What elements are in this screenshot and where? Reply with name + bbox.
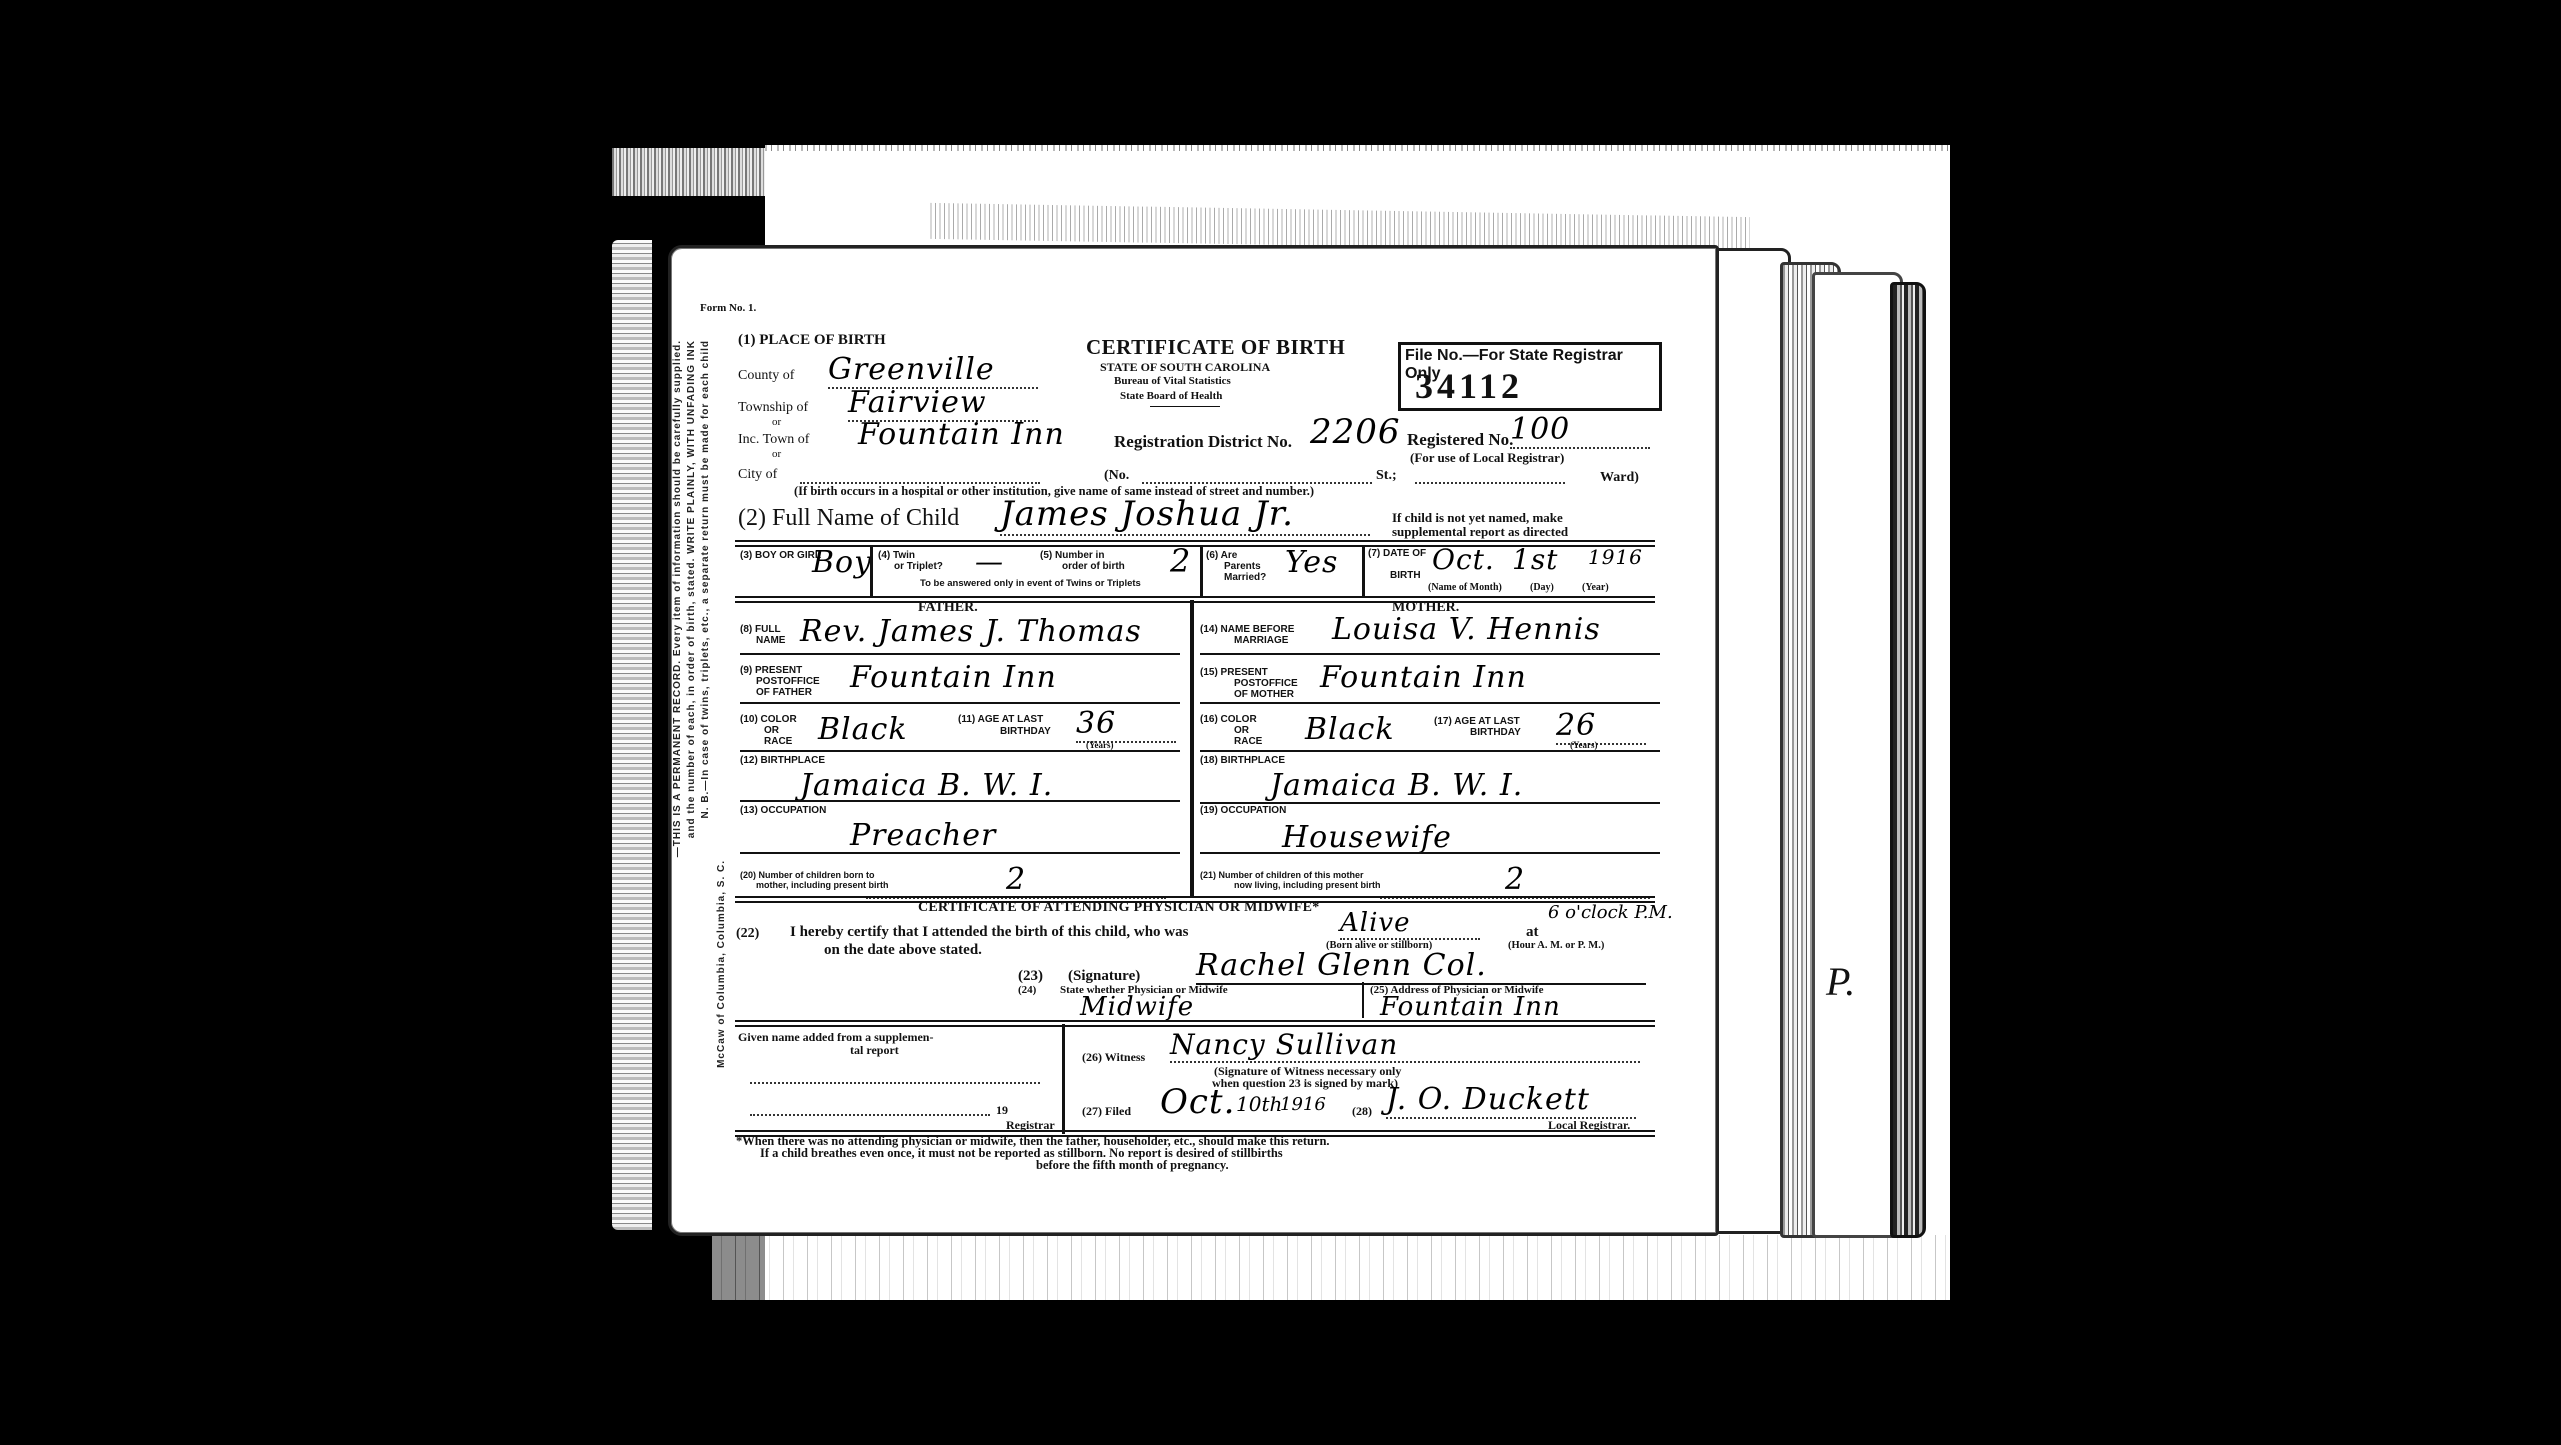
date-above-text: on the date above stated. (824, 942, 982, 959)
mother-name-label-2: MARRIAGE (1234, 635, 1288, 646)
county-value[interactable]: Greenville (828, 352, 1038, 389)
stacked-page-edge (1890, 282, 1926, 1238)
filed-label: (27) Filed (1082, 1104, 1131, 1119)
father-age-unit: (Years) (1086, 740, 1114, 750)
mother-color-label-3: RACE (1234, 736, 1262, 747)
field-line (1200, 802, 1660, 804)
cell-divider (1362, 545, 1365, 597)
certify-text: I hereby certify that I attended the bir… (790, 924, 1188, 941)
registered-no-note: (For use of Local Registrar) (1410, 450, 1564, 466)
field-line (740, 852, 1180, 854)
state-whether-value[interactable]: Midwife (1080, 992, 1194, 1022)
signature-item-no: (23) (1018, 968, 1043, 985)
field-line (1200, 750, 1660, 752)
scan-top-edge (765, 145, 1950, 151)
attending-heading: CERTIFICATE OF ATTENDING PHYSICIAN OR MI… (918, 900, 1320, 916)
father-name-label-2: NAME (756, 635, 785, 646)
state-name: STATE OF SOUTH CAROLINA (1100, 360, 1270, 375)
mother-occupation-label: (19) OCCUPATION (1200, 805, 1286, 816)
father-occupation-value[interactable]: Preacher (850, 818, 996, 853)
field-line (740, 653, 1180, 655)
twin-label-2: or Triplet? (894, 561, 943, 572)
father-age-label-1: (11) AGE AT LAST (958, 714, 1043, 725)
father-color-label-2: OR (764, 725, 779, 736)
father-name-value[interactable]: Rev. James J. Thomas (800, 614, 1142, 649)
mother-postoffice-label-2: POSTOFFICE (1234, 678, 1298, 689)
field-line (740, 702, 1180, 704)
file-number: 34112 (1415, 365, 1523, 407)
father-postoffice-label-3: OF FATHER (756, 687, 812, 698)
filed-month[interactable]: Oct. (1160, 1082, 1235, 1122)
margin-line: and the number of each, in order of birt… (686, 340, 697, 838)
witness-label: (26) Witness (1082, 1050, 1145, 1065)
mother-color-label-1: (16) COLOR (1200, 714, 1257, 725)
street-no-label: (No. (1104, 468, 1129, 484)
registered-no-value[interactable]: 100 (1510, 412, 1650, 449)
registration-district-value[interactable]: 2206 (1310, 412, 1401, 452)
witness-value[interactable]: Nancy Sullivan (1170, 1028, 1640, 1063)
street-label: St.; (1376, 468, 1397, 484)
dob-year-note: (Year) (1582, 582, 1609, 593)
witness-note-2: when question 23 is signed by mark) (1212, 1076, 1398, 1091)
supplemental-name-field[interactable] (750, 1078, 1040, 1084)
father-color-value[interactable]: Black (818, 712, 908, 747)
dob-year[interactable]: 1916 (1588, 545, 1643, 569)
mother-color-label-2: OR (1234, 725, 1249, 736)
state-file-number-box: File No.—For State Registrar Only 34112 (1398, 342, 1662, 411)
married-label-2: Parents (1224, 561, 1261, 572)
mother-color-value[interactable]: Black (1305, 712, 1395, 747)
ward-label: Ward) (1600, 470, 1639, 486)
mother-name-label-1: (14) NAME BEFORE (1200, 624, 1294, 635)
margin-line: —THIS IS A PERMANENT RECORD. Every item … (672, 340, 683, 857)
cell-divider (870, 545, 873, 597)
section-divider (735, 596, 1655, 603)
bureau-name: Bureau of Vital Statistics (1114, 375, 1231, 387)
father-postoffice-value[interactable]: Fountain Inn (850, 660, 1057, 695)
father-birthplace-value[interactable]: Jamaica B. W. I. (800, 768, 1053, 803)
hour-value[interactable]: 6 o'clock P.M. (1548, 902, 1673, 923)
inc-town-label: Inc. Town of (738, 432, 809, 448)
supplemental-year-prefix: 19 (996, 1103, 1008, 1118)
inc-town-value[interactable]: Fountain Inn (858, 417, 1118, 452)
board-name: State Board of Health (1120, 390, 1222, 402)
supplemental-date-field[interactable] (750, 1110, 990, 1116)
order-value[interactable]: 2 (1170, 542, 1191, 580)
mother-postoffice-value[interactable]: Fountain Inn (1320, 660, 1527, 695)
place-of-birth-heading: (1) PLACE OF BIRTH (738, 332, 886, 349)
filed-day[interactable]: 10th (1236, 1092, 1282, 1116)
father-birthplace-label: (12) BIRTHPLACE (740, 755, 825, 766)
twin-value[interactable]: — (975, 545, 1004, 578)
mother-age-label-2: BIRTHDAY (1470, 727, 1521, 738)
address-value[interactable]: Fountain Inn (1380, 992, 1561, 1022)
street-no-value[interactable] (1142, 470, 1372, 484)
or-text: or (772, 448, 781, 460)
dob-month[interactable]: Oct. (1432, 543, 1495, 576)
state-whether-no: (24) (1018, 984, 1036, 996)
supplemental-label-1: Given name added from a supplemen- (738, 1030, 933, 1045)
dob-label-2: BIRTH (1390, 570, 1421, 581)
county-label: County of (738, 368, 794, 384)
mother-name-value[interactable]: Louisa V. Hennis (1332, 612, 1601, 647)
married-label-3: Married? (1224, 572, 1266, 583)
at-label: at (1526, 924, 1539, 941)
mother-children-value[interactable]: 2 (1380, 862, 1650, 899)
footnote-line-3: before the fifth month of pregnancy. (1036, 1158, 1229, 1173)
sex-label: (3) BOY OR GIRL (740, 550, 821, 561)
order-label-2: order of birth (1062, 561, 1125, 572)
ward-value[interactable] (1415, 470, 1565, 484)
field-line (1200, 852, 1660, 854)
registrar-item-no: (28) (1352, 1104, 1372, 1119)
married-value[interactable]: Yes (1285, 545, 1338, 580)
ledger-binding-shadow (652, 240, 666, 1230)
dob-label-1: (7) DATE OF (1368, 548, 1426, 559)
signature-value[interactable]: Rachel Glenn Col. (1196, 948, 1646, 985)
mother-age-unit: (Years) (1570, 740, 1598, 750)
cell-divider (1362, 982, 1364, 1018)
mother-birthplace-value[interactable]: Jamaica B. W. I. (1270, 768, 1523, 803)
parent-column-divider (1190, 600, 1194, 898)
supplemental-label-2: tal report (850, 1043, 899, 1058)
margin-instructions: —THIS IS A PERMANENT RECORD. Every item … (672, 340, 732, 1160)
form-number: Form No. 1. (700, 303, 756, 314)
registered-no-label: Registered No. (1407, 430, 1513, 450)
dob-day-note: (Day) (1530, 582, 1554, 593)
father-occupation-label: (13) OCCUPATION (740, 805, 826, 816)
scan-bottom-edge (712, 1235, 1950, 1300)
father-postoffice-label-2: POSTOFFICE (756, 676, 820, 687)
child-name-value[interactable]: James Joshua Jr. (1000, 494, 1370, 536)
township-label: Township of (738, 400, 808, 416)
attending-item-no: (22) (736, 926, 759, 942)
father-age-value[interactable]: 36 (1076, 706, 1176, 743)
city-label: City of (738, 467, 777, 483)
sex-value[interactable]: Boy (812, 545, 872, 580)
section-divider (735, 1020, 1655, 1027)
registration-district-label: Registration District No. (1114, 432, 1292, 452)
father-children-value[interactable]: 2 (866, 862, 1166, 899)
child-name-label: (2) Full Name of Child (738, 505, 959, 532)
mother-birthplace-label: (18) BIRTHPLACE (1200, 755, 1285, 766)
born-alive-value[interactable]: Alive (1340, 908, 1480, 940)
married-label-1: (6) Are (1206, 550, 1237, 561)
dob-month-note: (Name of Month) (1428, 582, 1502, 593)
mother-postoffice-label-1: (15) PRESENT (1200, 667, 1268, 678)
title-underline (1150, 406, 1220, 407)
or-text: or (772, 416, 781, 428)
father-color-label-3: RACE (764, 736, 792, 747)
mother-children-label-2: now living, including present birth (1234, 880, 1381, 891)
printer-credit: McCaw of Columbia, Columbia, S. C. (716, 860, 727, 1068)
order-label-1: (5) Number in (1040, 550, 1104, 561)
mother-age-label-1: (17) AGE AT LAST (1434, 716, 1520, 727)
father-color-label-1: (10) COLOR (740, 714, 797, 725)
father-postoffice-label-1: (9) PRESENT (740, 665, 802, 676)
dob-day[interactable]: 1st (1512, 543, 1558, 576)
signature-label: (Signature) (1068, 968, 1140, 985)
field-line (1200, 702, 1660, 704)
city-value[interactable] (800, 468, 1040, 484)
supplemental-divider (1062, 1024, 1065, 1134)
mother-occupation-value[interactable]: Housewife (1282, 820, 1452, 855)
mother-postoffice-label-3: OF MOTHER (1234, 689, 1294, 700)
filed-year[interactable]: 1916 (1280, 1094, 1326, 1115)
father-name-label-1: (8) FULL (740, 624, 781, 635)
local-registrar-signature[interactable]: J. O. Duckett (1386, 1082, 1636, 1119)
side-handwritten-mark: P. (1826, 958, 1855, 1005)
unnamed-note-line-2: supplemental report as directed (1392, 524, 1568, 540)
cell-divider (1200, 545, 1203, 597)
scan-noise-corner (612, 148, 765, 196)
twins-note: To be answered only in event of Twins or… (920, 578, 1141, 589)
margin-line: N. B.—In case of twins, triplets, etc., … (700, 340, 711, 818)
field-line (740, 800, 1180, 802)
twin-label-1: (4) Twin (878, 550, 915, 561)
field-line (1200, 653, 1660, 655)
father-age-label-2: BIRTHDAY (1000, 726, 1051, 737)
certificate-title: CERTIFICATE OF BIRTH (1086, 335, 1345, 360)
field-line (740, 750, 1180, 752)
